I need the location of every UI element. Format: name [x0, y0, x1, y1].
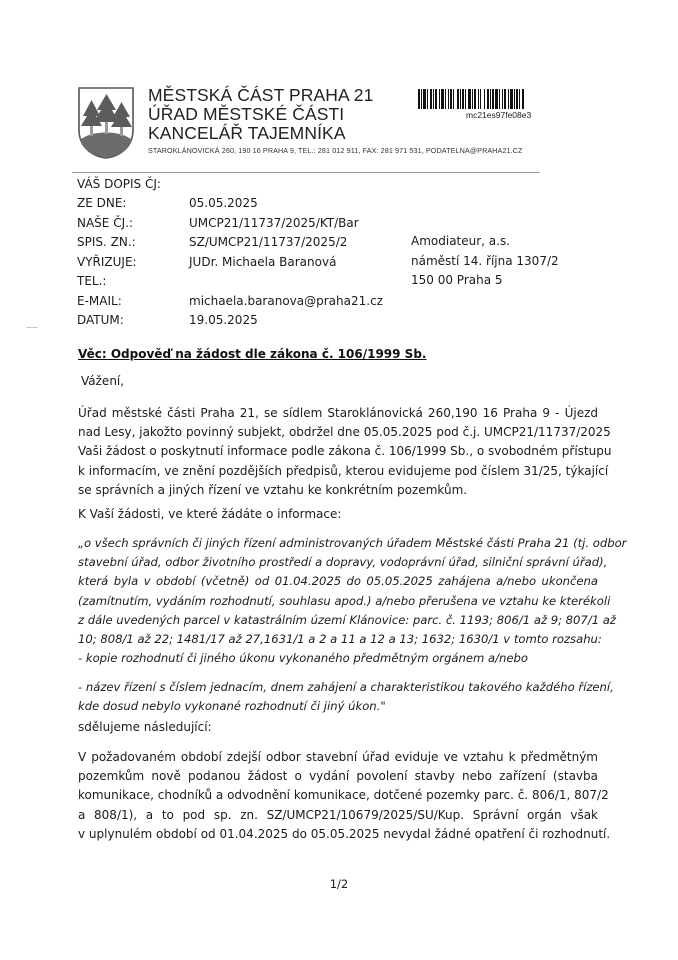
text-line: - název řízení s číslem jednacím, dnem z… — [78, 678, 598, 697]
reference-row: VÁŠ DOPIS ČJ: — [77, 174, 383, 194]
text-line: nad Lesy, jakožto povinný subjekt, obdrž… — [78, 423, 598, 442]
request-intro: K Vaší žádosti, ve které žádáte o inform… — [78, 505, 598, 524]
header-separator — [72, 172, 540, 173]
reference-label: SPIS. ZN.: — [77, 235, 189, 249]
recipient-address: Amodiateur, a.s. náměstí 14. října 1307/… — [411, 232, 559, 291]
text-line: (zamítnutím, vydáním rozhodnutí, souhlas… — [78, 592, 598, 611]
text-line: Vaši žádost o poskytnutí informace podle… — [78, 442, 598, 461]
letter-page: MĚSTSKÁ ČÁST PRAHA 21 ÚŘAD MĚSTSKÉ ČÁSTI… — [0, 0, 678, 960]
subject-line: Věc: Odpověď na žádost dle zákona č. 106… — [78, 347, 426, 361]
reference-label: NAŠE ČJ.: — [77, 216, 189, 230]
text-line: z dále uvedených parcel v katastrálním ú… — [78, 611, 598, 630]
reference-value: SZ/UMCP21/11737/2025/2 — [189, 235, 347, 249]
page-number: 1/2 — [0, 877, 678, 891]
request-bullet-1: - kopie rozhodnutí či jiného úkonu vykon… — [78, 649, 598, 668]
reference-row: SPIS. ZN.:SZ/UMCP21/11737/2025/2 — [77, 233, 383, 253]
reference-label: E-MAIL: — [77, 294, 189, 308]
reference-label: VÁŠ DOPIS ČJ: — [77, 177, 189, 191]
reference-row: ZE DNE:05.05.2025 — [77, 194, 383, 214]
org-line-2: ÚŘAD MĚSTSKÉ ČÁSTI — [148, 105, 373, 124]
org-line-1: MĚSTSKÁ ČÁST PRAHA 21 — [148, 86, 373, 105]
fold-mark — [26, 327, 38, 328]
recipient-name: Amodiateur, a.s. — [411, 232, 559, 252]
recipient-city: 150 00 Praha 5 — [411, 271, 559, 291]
text-line: kde dosud nebylo vykonané rozhodnutí či … — [78, 697, 598, 716]
text-line: k informacím, ve znění pozdějších předpi… — [78, 462, 598, 481]
coat-of-arms-trees-icon — [77, 86, 135, 160]
org-address: STAROKLÁNOVICKÁ 260, 190 16 PRAHA 9, TEL… — [148, 146, 523, 155]
text-line: v uplynulém období od 01.04.2025 do 05.0… — [78, 825, 598, 844]
reference-value: 05.05.2025 — [189, 196, 258, 210]
barcode-text: mc21es97fe08e3 — [466, 110, 531, 120]
reference-row: NAŠE ČJ.:UMCP21/11737/2025/KT/Bar — [77, 213, 383, 233]
text-line: 10; 808/1 až 22; 1481/17 až 27,1631/1 a … — [78, 630, 598, 649]
quoted-request: „o všech správních či jiných řízení admi… — [78, 534, 598, 649]
reference-value: JUDr. Michaela Baranová — [189, 255, 336, 269]
text-line: Úřad městské části Praha 21, se sídlem S… — [78, 404, 598, 423]
org-line-3: KANCELÁŘ TAJEMNÍKA — [148, 124, 373, 143]
barcode — [418, 89, 590, 109]
response-intro: sdělujeme následující: — [78, 718, 598, 737]
text-line: komunikace, chodníků a odvodnění komunik… — [78, 786, 598, 805]
reference-label: VYŘIZUJE: — [77, 255, 189, 269]
reference-value: UMCP21/11737/2025/KT/Bar — [189, 216, 359, 230]
text-line: která byla v období (včetně) od 01.04.20… — [78, 572, 598, 591]
reference-block: VÁŠ DOPIS ČJ:ZE DNE:05.05.2025NAŠE ČJ.:U… — [77, 174, 383, 330]
reference-row: E-MAIL:michaela.baranova@praha21.cz — [77, 291, 383, 311]
reference-label: DATUM: — [77, 313, 189, 327]
text-line: se správních a jiných řízení ve vztahu k… — [78, 481, 598, 500]
reference-row: TEL.: — [77, 272, 383, 292]
intro-paragraph: Úřad městské části Praha 21, se sídlem S… — [78, 404, 598, 500]
text-line: V požadovaném období zdejší odbor staveb… — [78, 748, 598, 767]
salutation: Vážení, — [81, 374, 124, 388]
text-line: pozemkům nově podanou žádost o vydání po… — [78, 767, 598, 786]
reference-value: 19.05.2025 — [189, 313, 258, 327]
reference-label: ZE DNE: — [77, 196, 189, 210]
request-bullet-2: - název řízení s číslem jednacím, dnem z… — [78, 678, 598, 716]
text-line: stavební úřad, odbor životního prostředí… — [78, 553, 598, 572]
reference-label: TEL.: — [77, 274, 189, 288]
text-line: a 808/1), a to pod sp. zn. SZ/UMCP21/106… — [78, 806, 598, 825]
recipient-street: náměstí 14. října 1307/2 — [411, 252, 559, 272]
reference-row: DATUM:19.05.2025 — [77, 311, 383, 331]
text-line: „o všech správních či jiných řízení admi… — [78, 534, 598, 553]
organization-name: MĚSTSKÁ ČÁST PRAHA 21 ÚŘAD MĚSTSKÉ ČÁSTI… — [148, 86, 373, 143]
response-paragraph: V požadovaném období zdejší odbor staveb… — [78, 748, 598, 844]
reference-value: michaela.baranova@praha21.cz — [189, 294, 383, 308]
reference-row: VYŘIZUJE:JUDr. Michaela Baranová — [77, 252, 383, 272]
